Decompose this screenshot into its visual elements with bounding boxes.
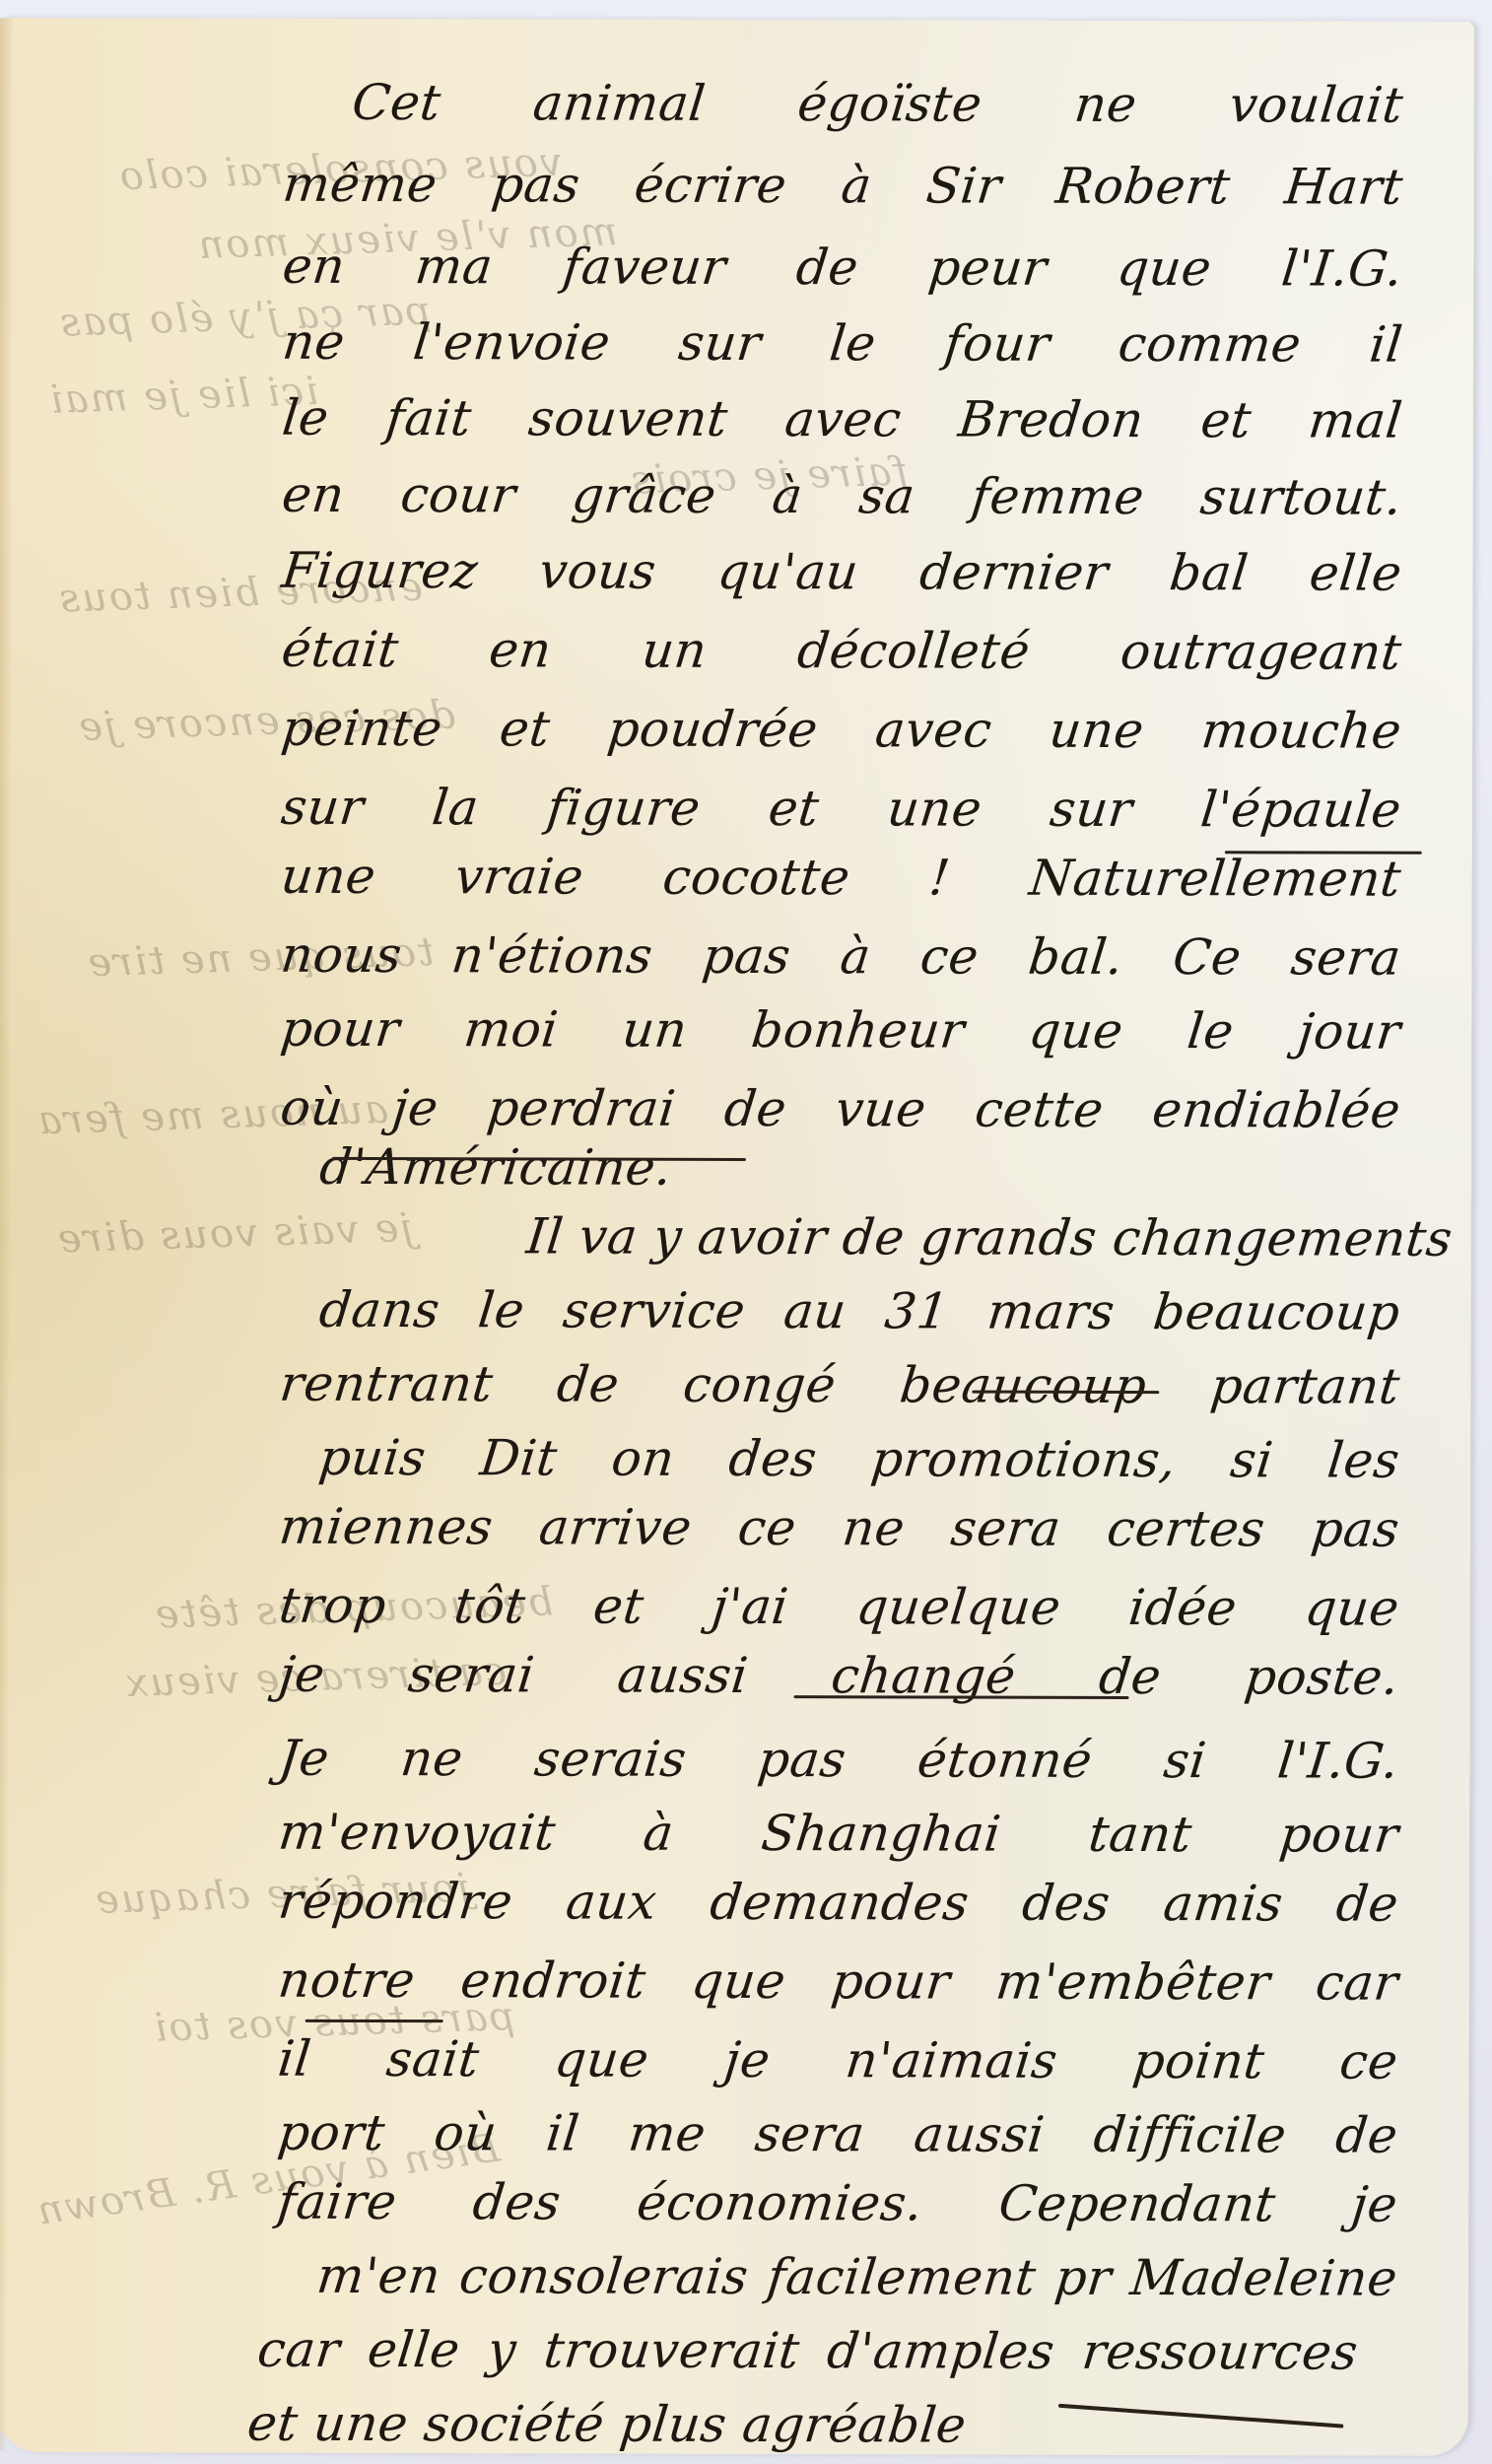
letter-line: Cet animal égoïste ne voulait [350,38,1410,130]
letter-line: et une société plus agréable [245,2360,1148,2450]
letter-line: pour moi un bonheur que le jour [279,965,1408,1057]
letter-page: vous consolerai colo mon v'le vieux mon … [0,18,1474,2456]
underline-mark [305,2019,443,2022]
letter-line: peinte et poudrée avec une mouche [279,664,1408,756]
underline-mark [1225,851,1422,855]
letter-line: même pas écrire à Sir Robert Hart [281,120,1410,212]
letter-line: Figurez vous qu'au dernier bal elle [280,507,1409,598]
underline-mark [972,1391,1159,1394]
letter-body: Cet animal égoïste ne voulait même pas é… [0,18,1474,2456]
letter-line: était en un décolleté outrageant [280,585,1409,677]
letter-line: répondre aux demandes des amis de [276,1837,1405,1929]
letter-line: une vraie cocotte ! Naturellement [279,812,1408,904]
letter-line: d'Américaine. [317,1103,491,1192]
letter-line: je serai aussi changé de poste. [277,1610,1406,1702]
letter-line: notre endroit que pour m'embêter car [276,1916,1405,2008]
letter-line: miennes arrive ce ne sera certes pas [277,1463,1406,1554]
